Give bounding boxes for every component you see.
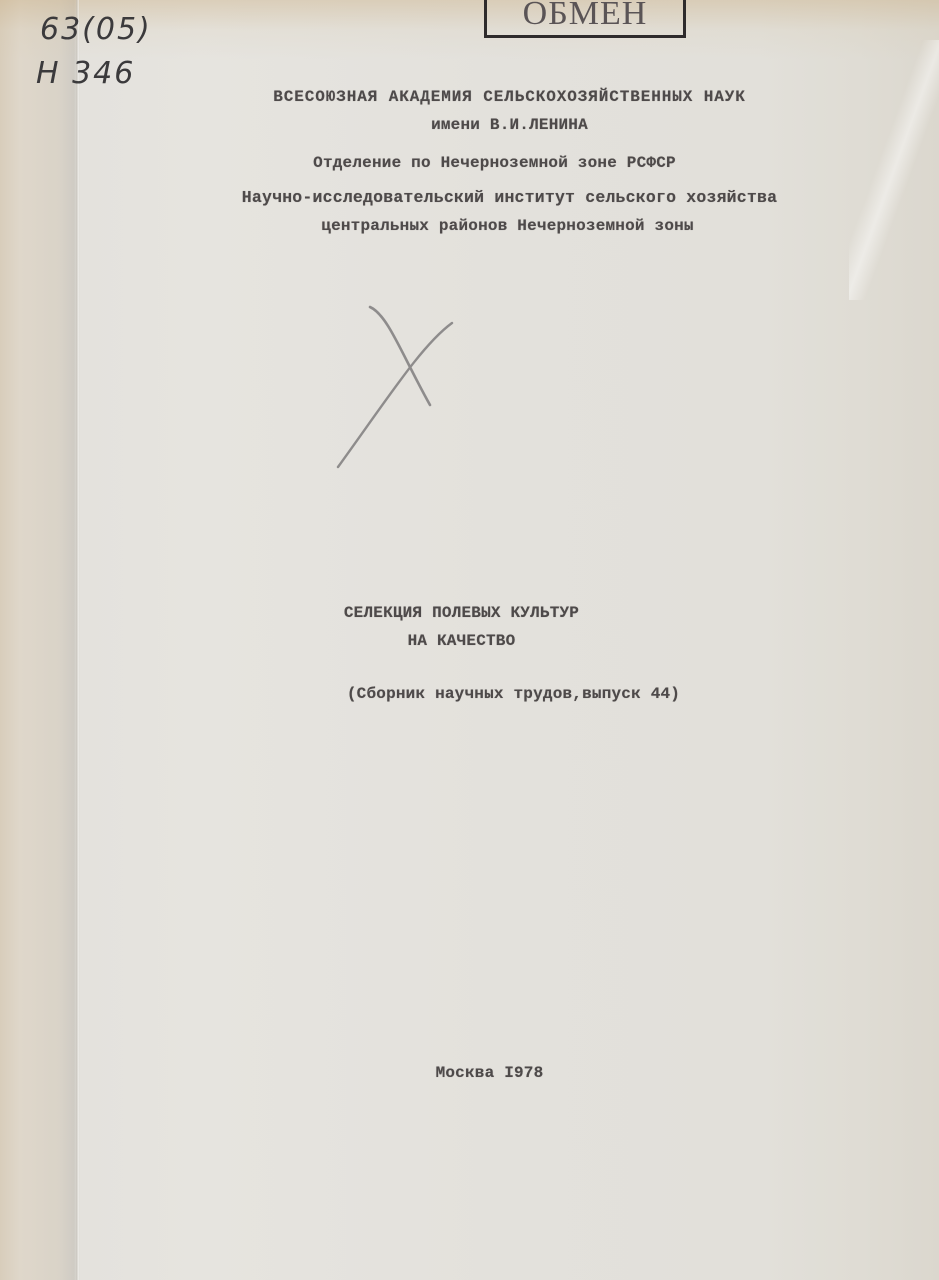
- pencil-x-mark-icon: [330, 295, 460, 475]
- catalog-mark-line-1: 63(05): [40, 12, 152, 47]
- collection-title-line-2: НА КАЧЕСТВО: [0, 632, 931, 650]
- stamp-text: ОБМЕН: [487, 0, 683, 31]
- exchange-stamp: ОБМЕН: [484, 0, 686, 38]
- collection-title-line-1: СЕЛЕКЦИЯ ПОЛЕВЫХ КУЛЬТУР: [0, 604, 931, 622]
- academy-dedication: имени В.И.ЛЕНИНА: [40, 116, 939, 134]
- department-name: Отделение по Нечерноземной зоне РСФСР: [25, 154, 939, 172]
- collection-subtitle: (Сборник научных трудов,выпуск 44): [44, 685, 939, 703]
- catalog-mark-line-2: Н 346: [36, 56, 135, 91]
- publication-place-year: Москва I978: [20, 1064, 939, 1082]
- institute-name-line-2: центральных районов Нечерноземной зоны: [38, 217, 939, 235]
- academy-name: ВСЕСОЮЗНАЯ АКАДЕМИЯ СЕЛЬСКОХОЗЯЙСТВЕННЫХ…: [40, 88, 939, 106]
- institute-name-line-1: Научно-исследовательский институт сельск…: [40, 188, 939, 207]
